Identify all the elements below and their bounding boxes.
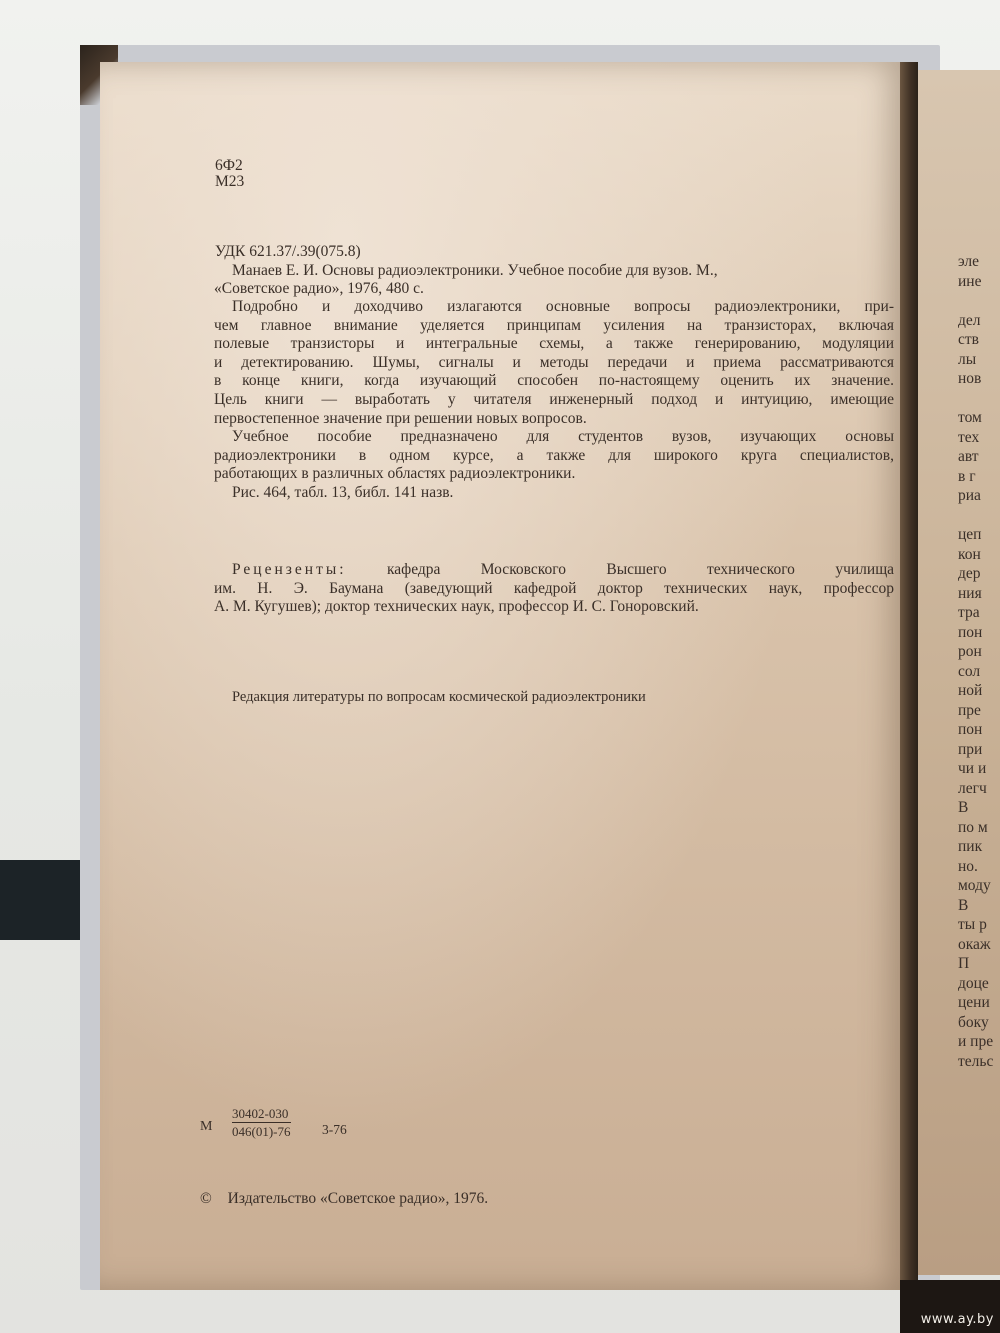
- copyright-text: Издательство «Советское радио», 1976.: [228, 1190, 489, 1207]
- right-page-line: ств: [958, 330, 1000, 350]
- reviewers-label: Рецензенты:: [232, 561, 347, 578]
- reviewers-line: кафедра Московского Высшего технического…: [387, 561, 894, 578]
- abstract-line: полевые транзисторы и интегральные схемы…: [214, 335, 894, 354]
- right-page-text: элеине делствлынов томтехавтв гриа цепко…: [958, 252, 1000, 1071]
- right-page-line: ты р: [958, 915, 1000, 935]
- right-page-line: ния: [958, 584, 1000, 604]
- imprint-suffix: 3-76: [322, 1121, 347, 1139]
- right-page-line: окаж: [958, 935, 1000, 955]
- reviewers-line: А. М. Кугушев); доктор технических наук,…: [214, 598, 894, 617]
- right-page-line: ине: [958, 272, 1000, 292]
- right-page-line: [958, 506, 1000, 526]
- right-page-line: кон: [958, 545, 1000, 565]
- copyright-line: © Издательство «Советское радио», 1976.: [200, 1190, 488, 1208]
- udk-code: УДК 621.37/.39(075.8): [215, 243, 361, 261]
- right-page-line: боку: [958, 1013, 1000, 1033]
- right-page-line: в г: [958, 467, 1000, 487]
- reviewers-line: им. Н. Э. Баумана (заведующий кафедрой д…: [214, 580, 894, 599]
- audience-line: радиоэлектроники в одном курсе, а также …: [214, 447, 894, 466]
- right-page-line: по м: [958, 818, 1000, 838]
- right-page-line: пон: [958, 623, 1000, 643]
- right-page-line: риа: [958, 486, 1000, 506]
- right-page-line: том: [958, 408, 1000, 428]
- right-page-line: нов: [958, 369, 1000, 389]
- right-page-line: ной: [958, 681, 1000, 701]
- book-title: Основы радиоэлектроники. Учебное пособие…: [322, 262, 718, 279]
- abstract-line: в конце книги, когда изучающий способен …: [214, 372, 894, 391]
- right-page-line: цени: [958, 993, 1000, 1013]
- publisher-line: «Советское радио», 1976, 480 с.: [214, 280, 424, 298]
- right-page-line: при: [958, 740, 1000, 760]
- right-page-line: тех: [958, 428, 1000, 448]
- right-page-line: пре: [958, 701, 1000, 721]
- imprint-fraction: 30402-030 046(01)-76: [232, 1106, 291, 1140]
- citation-line: Манаев Е. И. Основы радиоэлектроники. Уч…: [232, 262, 718, 280]
- imprint-letter: М: [200, 1118, 212, 1136]
- right-page-line: цеп: [958, 525, 1000, 545]
- right-page-line: В: [958, 798, 1000, 818]
- right-page-line: пик: [958, 837, 1000, 857]
- right-page-line: [958, 291, 1000, 311]
- abstract-line: и детектированию. Шумы, сигналы и методы…: [214, 354, 894, 373]
- right-page-line: и пре: [958, 1032, 1000, 1052]
- copyright-icon: ©: [200, 1190, 212, 1207]
- right-page-line: рон: [958, 642, 1000, 662]
- right-page-line: дер: [958, 564, 1000, 584]
- right-page-line: тельс: [958, 1052, 1000, 1072]
- imprint-denominator: 046(01)-76: [232, 1122, 291, 1140]
- illustration-stats: Рис. 464, табл. 13, библ. 141 назв.: [214, 484, 894, 503]
- right-page-line: эле: [958, 252, 1000, 272]
- watermark: www.ay.by: [921, 1312, 994, 1327]
- abstract-line: первостепенное значение при решении новы…: [214, 410, 894, 429]
- audience-line: работающих в различных областях радиоэле…: [214, 465, 894, 484]
- right-page-line: но.: [958, 857, 1000, 877]
- right-page-line: легч: [958, 779, 1000, 799]
- abstract-line: Подробно и доходчиво излагаются основные…: [214, 298, 894, 317]
- abstract-line: Цель книги — выработать у читателя инжен…: [214, 391, 894, 410]
- author-code: М23: [215, 173, 244, 191]
- right-page-line: В: [958, 896, 1000, 916]
- reviewers-block: Рецензенты: кафедра Московского Высшего …: [214, 561, 894, 617]
- right-page-line: лы: [958, 350, 1000, 370]
- book-gutter: [900, 62, 918, 1290]
- right-page-line: доце: [958, 974, 1000, 994]
- right-page-line: [958, 389, 1000, 409]
- imprint-numerator: 30402-030: [232, 1106, 291, 1122]
- abstract-paragraph: Подробно и доходчиво излагаются основные…: [214, 298, 894, 503]
- right-page-line: сол: [958, 662, 1000, 682]
- right-page-line: тра: [958, 603, 1000, 623]
- right-page-line: пон: [958, 720, 1000, 740]
- abstract-line: чем главное внимание уделяется принципам…: [214, 317, 894, 336]
- right-page-line: П: [958, 954, 1000, 974]
- author-name: Манаев Е. И.: [232, 262, 318, 279]
- right-page-line: авт: [958, 447, 1000, 467]
- right-page-line: чи и: [958, 759, 1000, 779]
- fabric-stripe: [0, 860, 90, 940]
- editorial-office: Редакция литературы по вопросам космичес…: [232, 688, 646, 706]
- right-page-line: моду: [958, 876, 1000, 896]
- right-page-line: дел: [958, 311, 1000, 331]
- audience-line: Учебное пособие предназначено для студен…: [214, 428, 894, 447]
